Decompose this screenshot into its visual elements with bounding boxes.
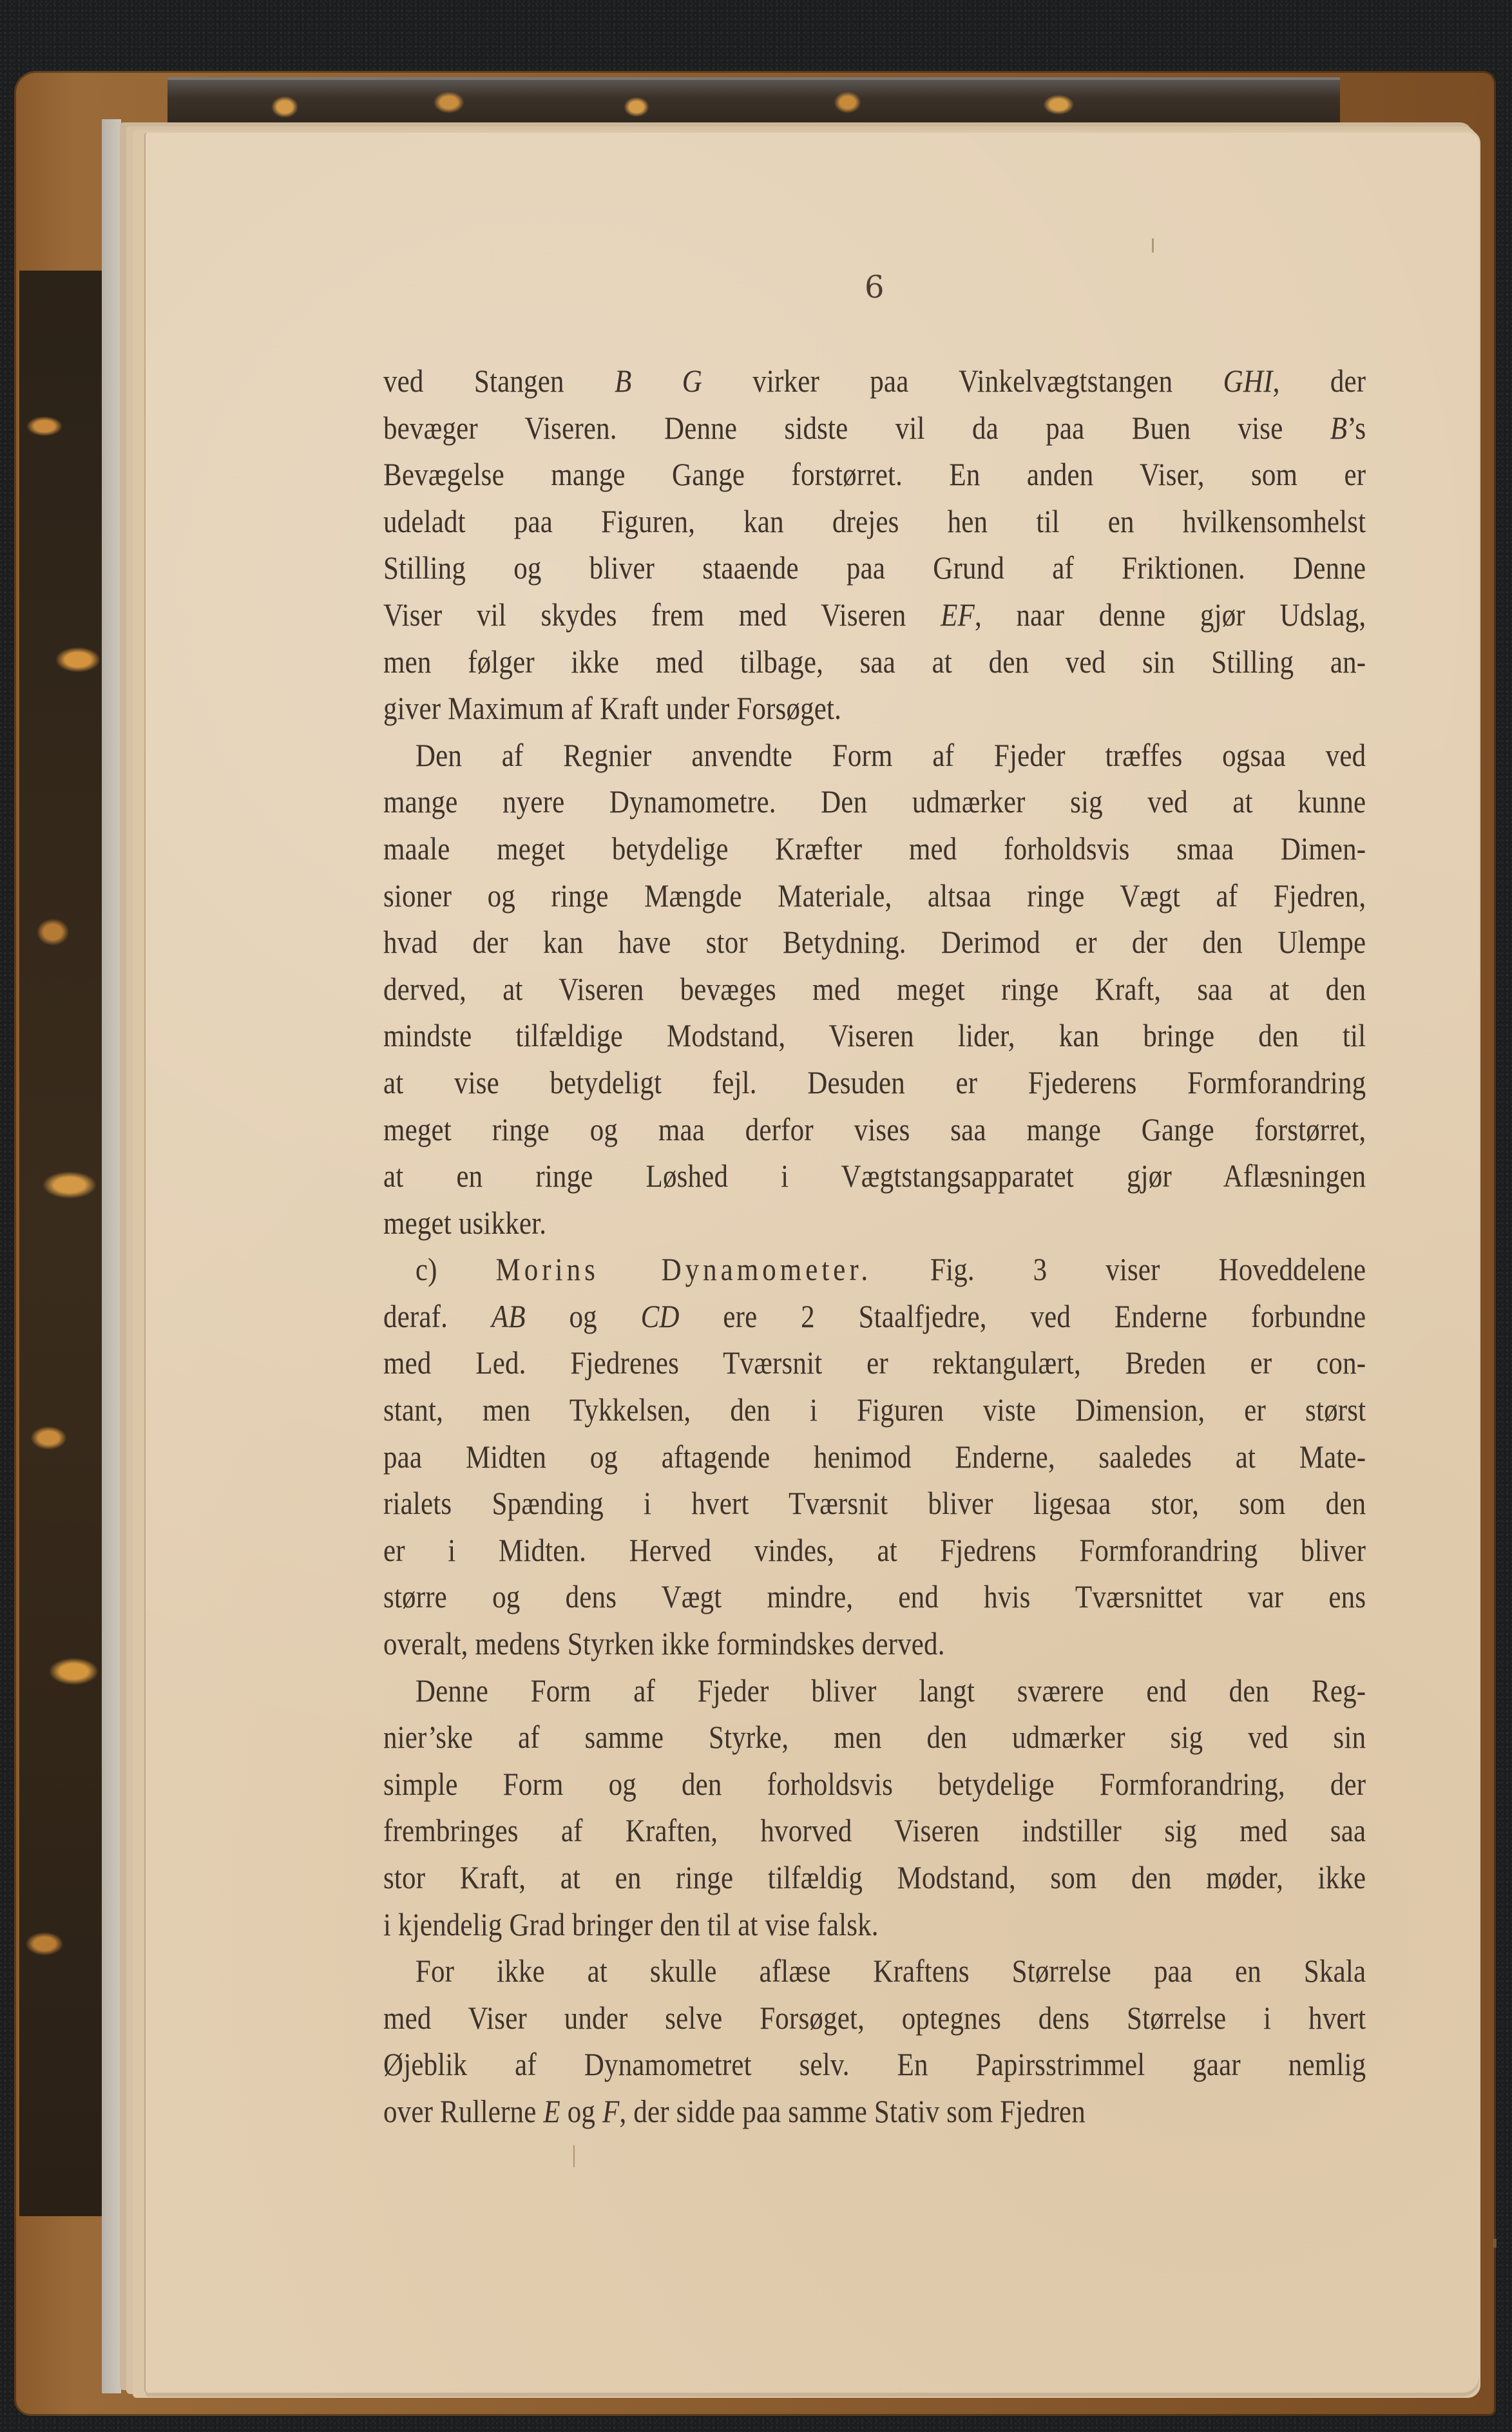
math-symbol: AB (492, 1298, 526, 1334)
text-line: sioner og ringe Mængde Materiale, altsaa… (383, 872, 1366, 919)
text-line: men følger ikke med tilbage, saa at den … (383, 638, 1366, 685)
paragraph: Denne Form af Fjeder bliver langt sværer… (383, 1667, 1366, 1948)
math-symbol: GHI (1223, 363, 1273, 399)
text-line: Denne Form af Fjeder bliver langt sværer… (383, 1667, 1366, 1714)
text-line: Den af Regnier anvendte Form af Fjeder t… (383, 732, 1366, 779)
math-symbol: EF (941, 597, 975, 633)
text-line: ved Stangen B G virker paa Vinkelvægtsta… (383, 358, 1366, 405)
text-line: er i Midten. Herved vindes, at Fjedrens … (383, 1527, 1366, 1574)
paragraph: c) Morins Dynamometer. Fig. 3 viser Hove… (383, 1246, 1366, 1667)
paper-blemish (573, 2145, 575, 2167)
page-gutter (102, 119, 121, 2393)
text-line: stant, men Tykkelsen, den i Figuren vist… (383, 1386, 1366, 1433)
text-line: derved, at Viseren bevæges med meget rin… (383, 966, 1366, 1013)
text-line: overalt, medens Styrken ikke formindskes… (383, 1620, 1366, 1667)
text-line: hvad der kan have stor Betydning. Derimo… (383, 919, 1366, 966)
text-line: meget ringe og maa derfor vises saa mang… (383, 1106, 1366, 1153)
text-line: giver Maximum af Kraft under Forsøget. (383, 685, 1366, 732)
body-text: ved Stangen B G virker paa Vinkelvægtsta… (383, 358, 1366, 2135)
text-line: maale meget betydelige Kræfter med forho… (383, 825, 1366, 872)
math-symbol: E (543, 2093, 560, 2129)
math-symbol: F (602, 2093, 619, 2129)
text-line: mange nyere Dynamometre. Den udmærker si… (383, 778, 1366, 825)
marbled-endpaper-left (19, 271, 104, 2216)
text-line: bevæger Viseren. Denne sidste vil da paa… (383, 405, 1366, 452)
math-symbol: B G (615, 363, 702, 399)
text-line: paa Midten og aftagende henimod Enderne,… (383, 1433, 1366, 1480)
math-symbol: CD (641, 1298, 680, 1334)
paragraph: ved Stangen B G virker paa Vinkelvægtsta… (383, 358, 1366, 732)
text-line: større og dens Vægt mindre, end hvis Tvæ… (383, 1573, 1366, 1620)
text-line: med Viser under selve Forsøget, optegnes… (383, 1995, 1366, 2042)
section-heading: Morins Dynamometer. (495, 1251, 872, 1287)
page-number: 6 (865, 272, 885, 303)
paragraph: For ikke at skulle aflæse Kraftens Størr… (383, 1948, 1366, 2134)
text-line: For ikke at skulle aflæse Kraftens Størr… (383, 1948, 1366, 1995)
text-line: frembringes af Kraften, hvorved Viseren … (383, 1807, 1366, 1854)
text-line: Øjeblik af Dynamometret selv. En Papirss… (383, 2041, 1366, 2088)
text-line: udeladt paa Figuren, kan drejes hen til … (383, 498, 1366, 545)
paper-blemish (1152, 238, 1154, 253)
text-line: Bevægelse mange Gange forstørret. En and… (383, 451, 1366, 498)
text-line: at vise betydeligt fejl. Desuden er Fjed… (383, 1059, 1366, 1106)
math-symbol: B (1330, 410, 1347, 446)
text-line: meget usikker. (383, 1200, 1366, 1247)
text-line: c) Morins Dynamometer. Fig. 3 viser Hove… (383, 1246, 1366, 1293)
text-line: at en ringe Løshed i Vægtstangsapparatet… (383, 1153, 1366, 1200)
paragraph: Den af Regnier anvendte Form af Fjeder t… (383, 732, 1366, 1247)
text-line: deraf. AB og CD ere 2 Staalfjedre, ved E… (383, 1293, 1366, 1340)
text-line: simple Form og den forholdsvis betydelig… (383, 1761, 1366, 1808)
text-line: Stilling og bliver staaende paa Grund af… (383, 544, 1366, 591)
text-line: rialets Spænding i hvert Tværsnit bliver… (383, 1480, 1366, 1527)
text-line: Viser vil skydes frem med Viseren EF, na… (383, 591, 1366, 638)
paper-blemish (1493, 2239, 1497, 2248)
text-line: med Led. Fjedrenes Tværsnit er rektangul… (383, 1339, 1366, 1386)
text-line: over Rullerne E og F, der sidde paa samm… (383, 2088, 1366, 2135)
text-line: stor Kraft, at en ringe tilfældig Modsta… (383, 1854, 1366, 1901)
text-line: i kjendelig Grad bringer den til at vise… (383, 1901, 1366, 1948)
marbled-edge-top (167, 77, 1340, 125)
text-line: mindste tilfældige Modstand, Viseren lid… (383, 1012, 1366, 1059)
text-line: nier’ske af samme Styrke, men den udmærk… (383, 1714, 1366, 1761)
